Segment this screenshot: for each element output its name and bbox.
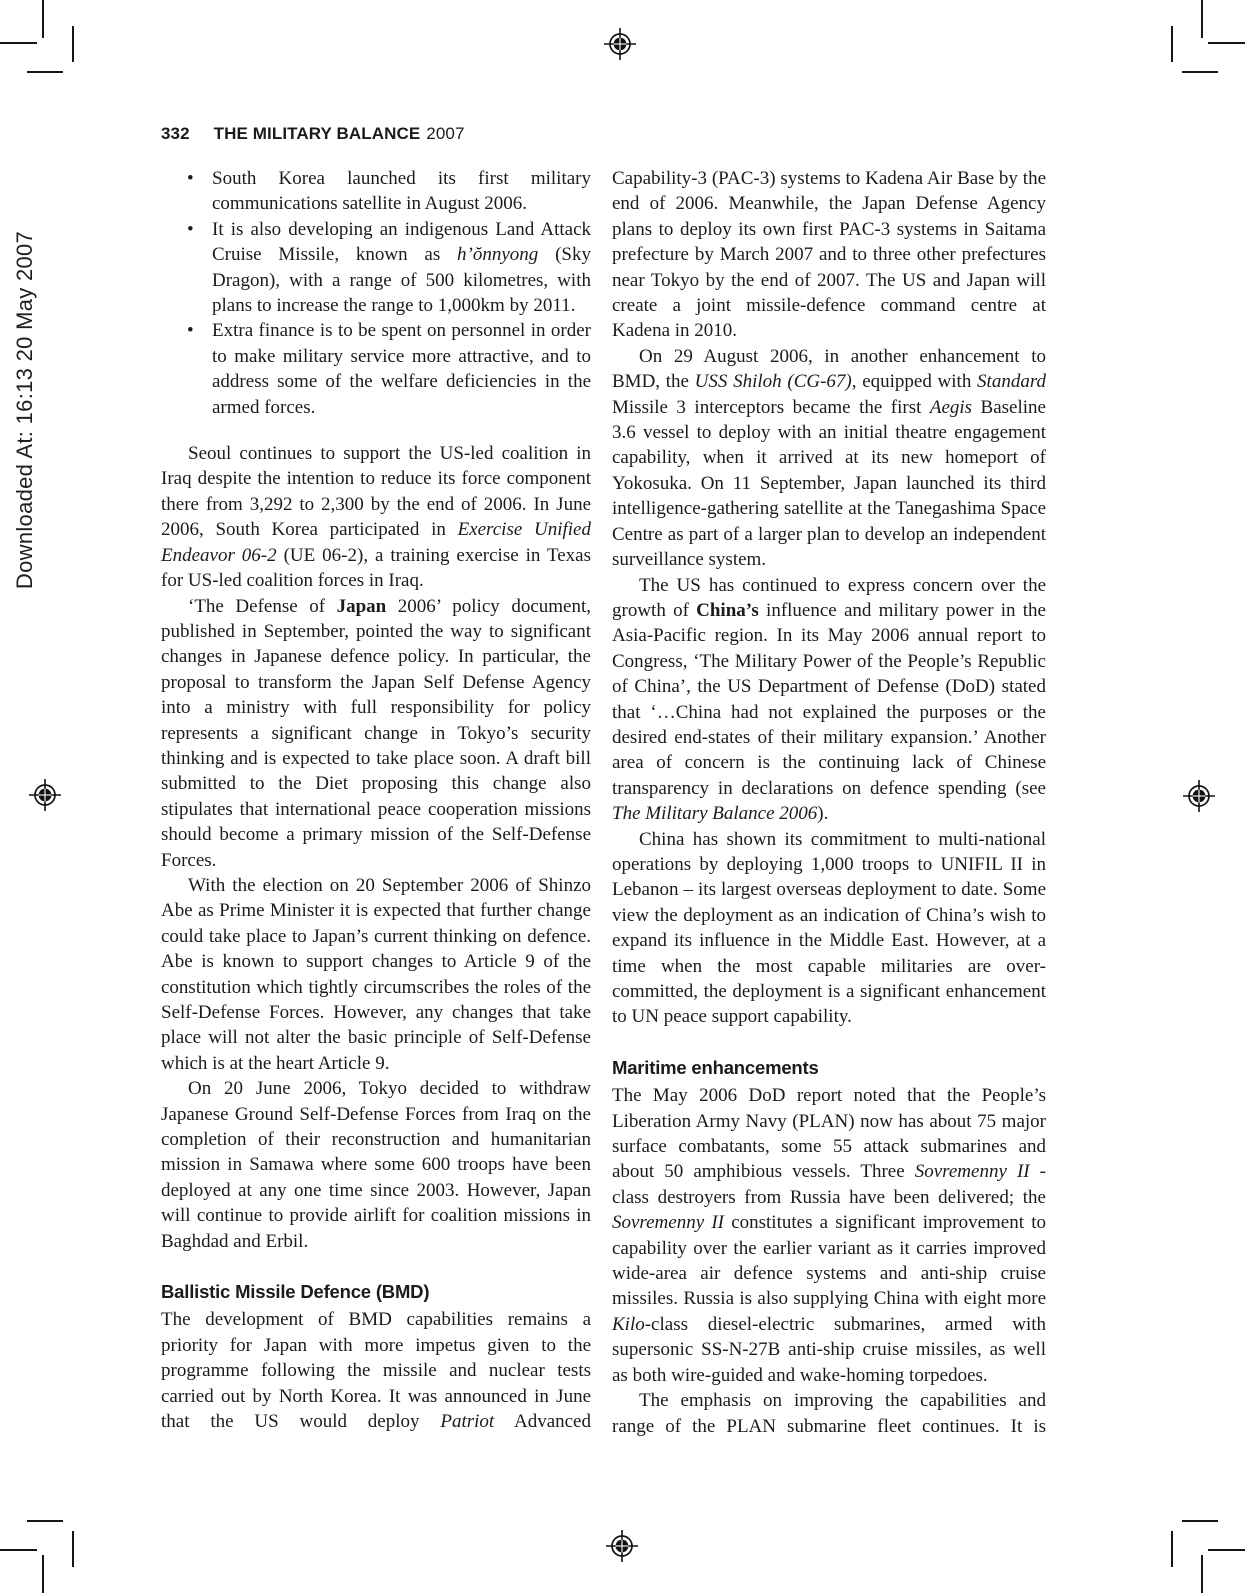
- paragraph: With the election on 20 September 2006 o…: [161, 873, 591, 1076]
- paragraph: ‘The Defense of Japan 2006’ policy docum…: [161, 594, 591, 873]
- paragraph: China has shown its commitment to multi-…: [612, 827, 1046, 1030]
- bullet-list: South Korea launched its first military …: [161, 166, 591, 420]
- bullet-item: Extra finance is to be spent on personne…: [161, 318, 591, 420]
- registration-target-icon: [603, 27, 637, 61]
- paragraph: Seoul continues to support the US-led co…: [161, 441, 591, 593]
- section-heading-bmd: Ballistic Missile Defence (BMD): [161, 1279, 591, 1304]
- left-column: South Korea launched its first military …: [161, 166, 591, 1435]
- paragraph: The development of BMD capabilities rema…: [161, 1307, 591, 1434]
- document-page: Downloaded At: 16:13 20 May 2007 332THE …: [0, 0, 1245, 1593]
- download-watermark: Downloaded At: 16:13 20 May 2007: [12, 231, 38, 589]
- paragraph: Capability-3 (PAC-3) systems to Kadena A…: [612, 166, 1046, 344]
- page-header: 332THE MILITARY BALANCE2007: [161, 124, 465, 144]
- paragraph: The US has continued to express concern …: [612, 573, 1046, 827]
- book-title: THE MILITARY BALANCE: [214, 124, 421, 143]
- registration-target-icon: [1182, 779, 1216, 813]
- registration-target-icon: [605, 1529, 639, 1563]
- paragraph: On 20 June 2006, Tokyo decided to withdr…: [161, 1076, 591, 1254]
- bullet-item: South Korea launched its first military …: [161, 166, 591, 217]
- paragraph: The May 2006 DoD report noted that the P…: [612, 1083, 1046, 1388]
- paragraph: The emphasis on improving the capabiliti…: [612, 1388, 1046, 1439]
- registration-target-icon: [28, 778, 62, 812]
- right-column: Capability-3 (PAC-3) systems to Kadena A…: [612, 166, 1046, 1439]
- page-number: 332: [161, 124, 190, 143]
- bullet-item: It is also developing an indigenous Land…: [161, 217, 591, 319]
- section-heading-maritime: Maritime enhancements: [612, 1055, 1046, 1080]
- paragraph: On 29 August 2006, in another enhancemen…: [612, 344, 1046, 573]
- book-year: 2007: [426, 124, 464, 143]
